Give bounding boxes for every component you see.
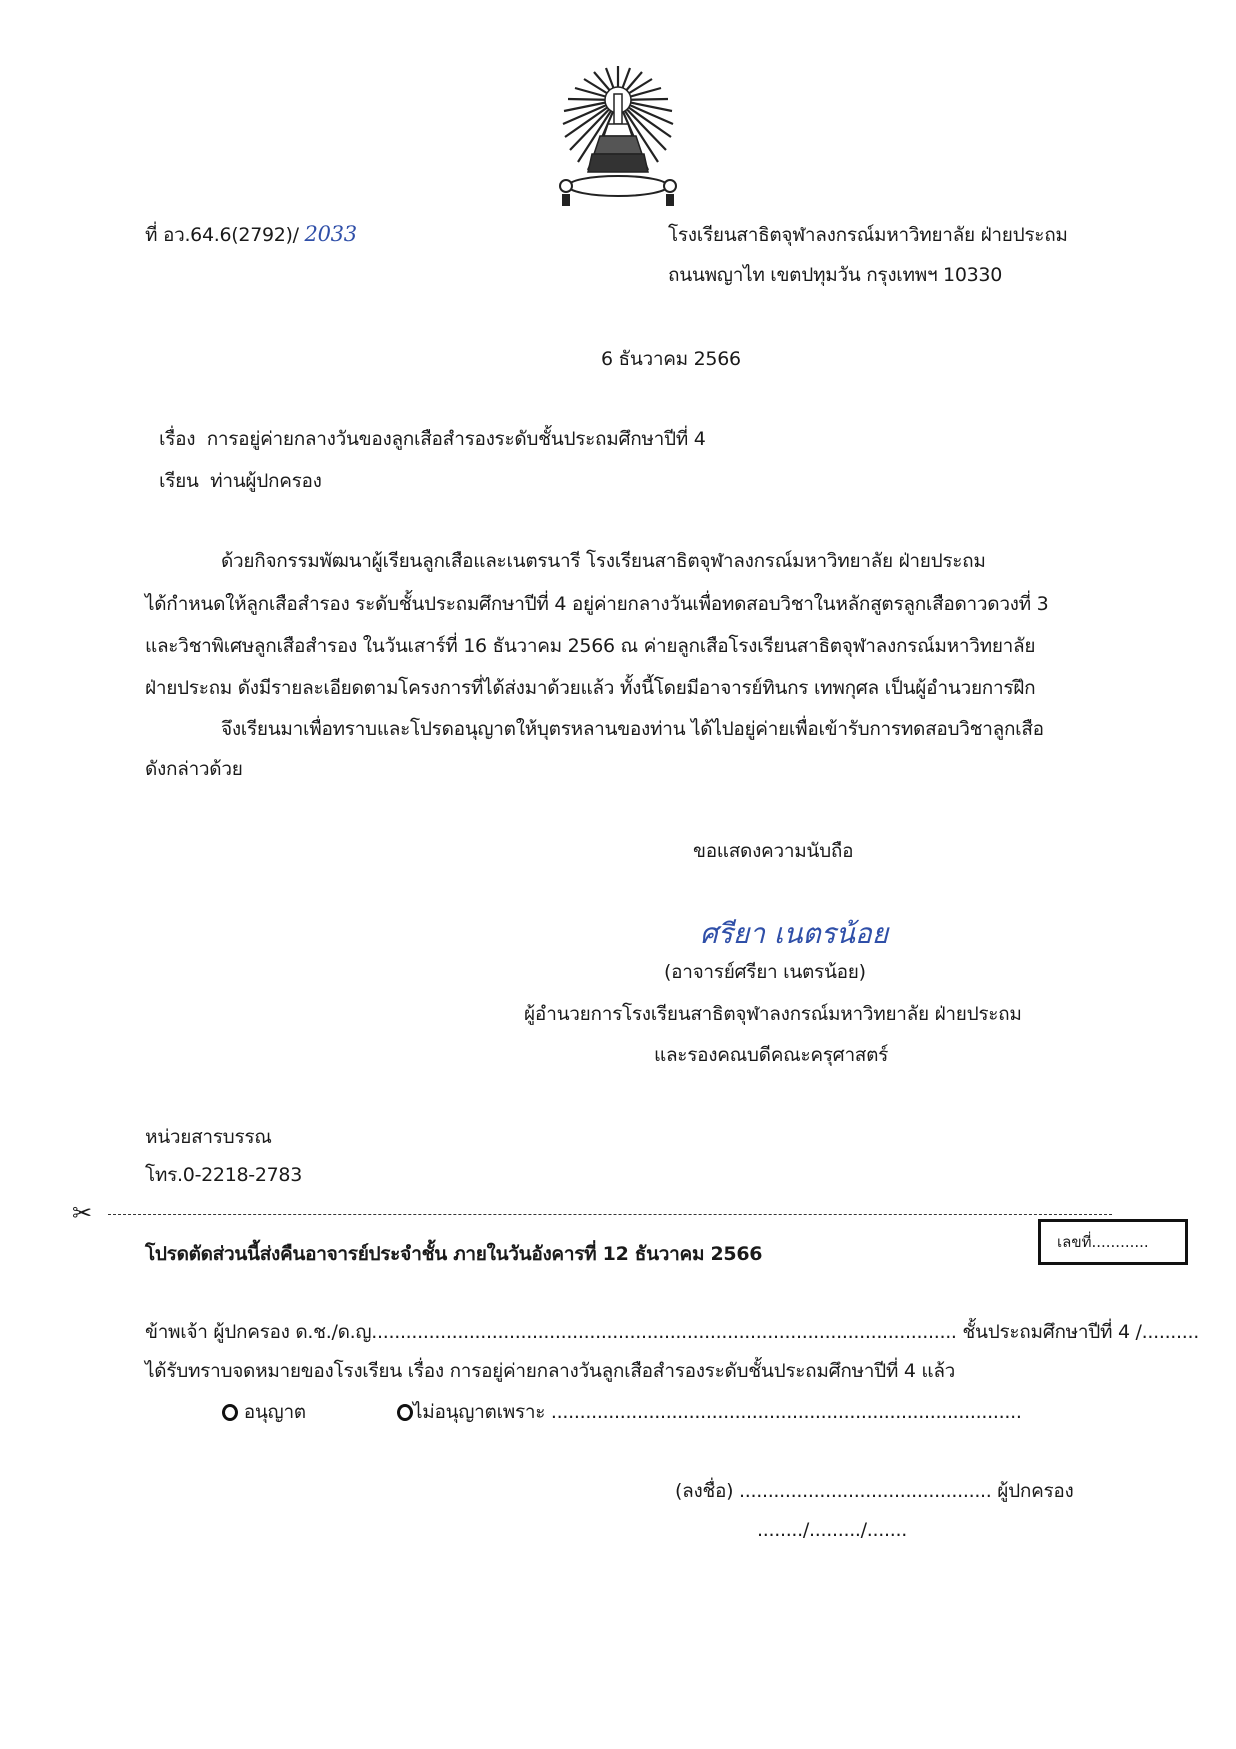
reply-line-acknowledge: ได้รับทราบจดหมายของโรงเรียน เรื่อง การอย… bbox=[145, 1362, 955, 1381]
option-allow[interactable]: อนุญาต bbox=[222, 1403, 306, 1422]
reference-number: ที่ อว.64.6(2792)/ 2033 bbox=[145, 224, 357, 245]
subject-label: เรื่อง bbox=[159, 428, 195, 450]
subject-text: การอยู่ค่ายกลางวันของลูกเสือสำรองระดับชั… bbox=[207, 428, 706, 450]
allow-radio[interactable] bbox=[222, 1404, 238, 1421]
school-emblem-logo bbox=[556, 62, 680, 210]
signatory-position-line-2: และรองคณบดีคณะครุศาสตร์ bbox=[654, 1046, 888, 1065]
reply-line-student-name[interactable]: ข้าพเจ้า ผู้ปกครอง ด.ช./ด.ญ.............… bbox=[145, 1323, 1199, 1342]
body-line-2: ได้กำหนดให้ลูกเสือสำรอง ระดับชั้นประถมศึ… bbox=[145, 595, 1085, 614]
school-name: โรงเรียนสาธิตจุฬาลงกรณ์มหาวิทยาลัย ฝ่ายป… bbox=[668, 226, 1068, 245]
scissors-icon: ✂ bbox=[72, 1201, 92, 1225]
body-line-5: จึงเรียนมาเพื่อทราบและโปรดอนุญาตให้บุตรห… bbox=[221, 720, 1085, 739]
student-number-box[interactable]: เลขที่............ bbox=[1038, 1219, 1188, 1265]
dashed-divider bbox=[108, 1214, 1112, 1215]
allow-label: อนุญาต bbox=[244, 1401, 306, 1423]
reply-slip-instruction: โปรดตัดส่วนนี้ส่งคืนอาจารย์ประจำชั้น ภาย… bbox=[145, 1245, 762, 1264]
recipient-label: เรียน bbox=[159, 470, 199, 492]
recipient-text: ท่านผู้ปกครอง bbox=[210, 470, 321, 492]
option-deny[interactable]: ไม่อนุญาตเพราะ .........................… bbox=[397, 1403, 1022, 1422]
deny-radio[interactable] bbox=[397, 1404, 413, 1421]
parent-signature-line[interactable]: (ลงชื่อ) ...............................… bbox=[675, 1482, 1073, 1501]
body-line-4: ฝ่ายประถม ดังมีรายละเอียดตามโครงการที่ได… bbox=[145, 679, 1085, 698]
signature-date-line[interactable]: ......../........./....... bbox=[757, 1521, 907, 1540]
signatory-name: (อาจารย์ศรียา เนตรน้อย) bbox=[664, 963, 866, 982]
handwritten-reference-number: 2033 bbox=[305, 222, 357, 246]
school-address: ถนนพญาไท เขตปทุมวัน กรุงเทพฯ 10330 bbox=[668, 266, 1002, 285]
student-number-field[interactable]: เลขที่............ bbox=[1057, 1230, 1149, 1254]
closing-phrase: ขอแสดงความนับถือ bbox=[693, 842, 853, 861]
body-line-3: และวิชาพิเศษลูกเสือสำรอง ในวันเสาร์ที่ 1… bbox=[145, 637, 1085, 656]
recipient-line: เรียน ท่านผู้ปกครอง bbox=[159, 472, 322, 491]
letter-date: 6 ธันวาคม 2566 bbox=[601, 350, 741, 369]
cut-line: ✂ bbox=[72, 1203, 1112, 1223]
body-line-1: ด้วยกิจกรรมพัฒนาผู้เรียนลูกเสือและเนตรนา… bbox=[221, 552, 1085, 571]
subject-line: เรื่อง การอยู่ค่ายกลางวันของลูกเสือสำรอง… bbox=[159, 430, 706, 449]
signatory-position-line-1: ผู้อำนวยการโรงเรียนสาธิตจุฬาลงกรณ์มหาวิท… bbox=[524, 1005, 1022, 1024]
deny-label[interactable]: ไม่อนุญาตเพราะ .........................… bbox=[413, 1401, 1022, 1423]
contact-unit: หน่วยสารบรรณ bbox=[145, 1128, 272, 1147]
handwritten-signature: ศรียา เนตรน้อย bbox=[700, 912, 888, 956]
reference-prefix: ที่ อว.64.6(2792)/ bbox=[145, 224, 299, 246]
body-line-6: ดังกล่าวด้วย bbox=[145, 760, 243, 779]
contact-phone: โทร.0-2218-2783 bbox=[145, 1166, 302, 1185]
